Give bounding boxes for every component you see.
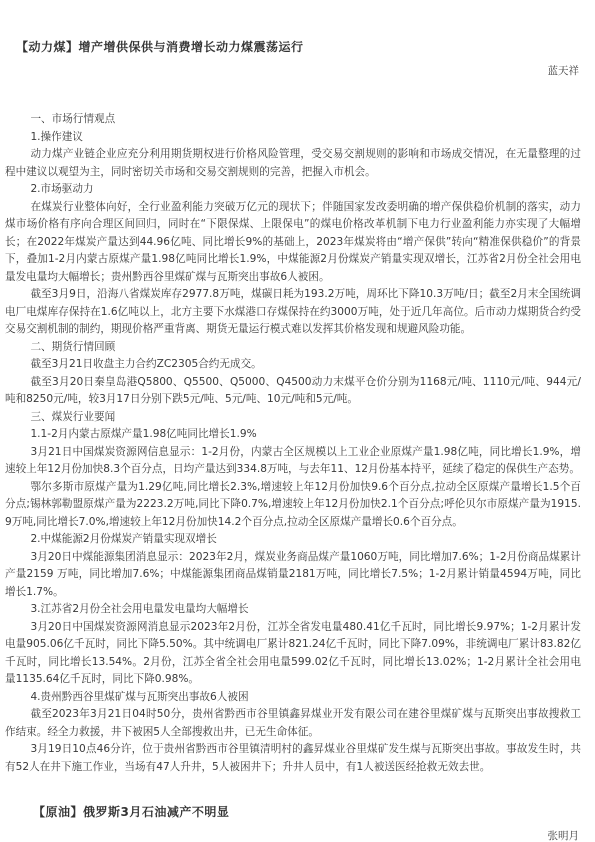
paragraph-jiangsu-power: 3月20日中国煤炭资源网消息显示2023年2月份，江苏全省发电量480.41亿千… [5, 619, 581, 689]
document-page: 【动力煤】增产增供保供与消费增长动力煤震荡运行 蓝天祥 一、市场行情观点 1.操… [0, 0, 595, 842]
subheading-news-jiangsu-power: 3.江苏省2月份全社会用电量发电量均大幅增长 [5, 601, 581, 619]
subheading-news-inner-mongolia: 1.1-2月内蒙古原煤产量1.98亿吨同比增长1.9% [5, 426, 581, 444]
paragraph-inner-mongolia-1: 3月21日中国煤炭资源网信息显示：1-2月份，内蒙古全区规模以上工业企业原煤产量… [5, 444, 581, 479]
coal-report-title: 【动力煤】增产增供保供与消费增长动力煤震荡运行 [0, 0, 595, 55]
coal-report-author: 蓝天祥 [0, 55, 595, 78]
section-heading-industry-news: 三、煤炭行业要闻 [5, 409, 581, 427]
subheading-market-driver: 2.市场驱动力 [5, 181, 581, 199]
paragraph-guizhou-accident-2: 3月19日10点46分许，位于贵州省黔西市谷里镇清明村的鑫昇煤业谷里煤矿发生煤与… [5, 741, 581, 776]
paragraph-market-driver-2: 截至3月9日，沿海八省煤炭库存2977.8万吨，煤碳日耗为193.2万吨，周环比… [5, 286, 581, 339]
oil-report-author: 张明月 [0, 820, 595, 842]
subheading-news-guizhou-accident: 4.贵州黔西谷里煤矿煤与瓦斯突出事故6人被困 [5, 689, 581, 707]
paragraph-futures-zc2305: 截至3月21日收盘主力合约ZC2305合约无成交。 [5, 356, 581, 374]
paragraph-guizhou-accident-1: 截至2023年3月21日04时50分，贵州省黔西市谷里镇鑫昇煤业开发有限公司在建… [5, 706, 581, 741]
paragraph-market-driver-1: 在煤炭行业整体向好，全行业盈利能力突破万亿元的现状下；伴随国家发改委明确的增产保… [5, 199, 581, 287]
subheading-operation-advice: 1.操作建议 [5, 129, 581, 147]
paragraph-operation-advice: 动力煤产业链企业应充分利用期货期权进行价格风险管理，受交易交割规则的影响和市场成… [5, 146, 581, 181]
oil-report-title: 【原油】俄罗斯3月石油减产不明显 [0, 776, 595, 820]
paragraph-qinhuangdao-prices: 截至3月20日秦皇岛港Q5800、Q5500、Q5000、Q4500动力末煤平仓… [5, 374, 581, 409]
section-heading-market-view: 一、市场行情观点 [5, 111, 581, 129]
section-heading-futures-review: 二、期货行情回顾 [5, 339, 581, 357]
paragraph-inner-mongolia-2: 鄂尔多斯市原煤产量为1.29亿吨,同比增长2.3%,增速较上年12月份加快9.6… [5, 479, 581, 532]
paragraph-chinacoal: 3月20日中煤能源集团消息显示：2023年2月，煤炭业务商品煤产量1060万吨，… [5, 549, 581, 602]
subheading-news-chinacoal: 2.中煤能源2月份煤炭产销量实现双增长 [5, 531, 581, 549]
coal-report-body: 一、市场行情观点 1.操作建议 动力煤产业链企业应充分利用期货期权进行价格风险管… [0, 111, 595, 776]
